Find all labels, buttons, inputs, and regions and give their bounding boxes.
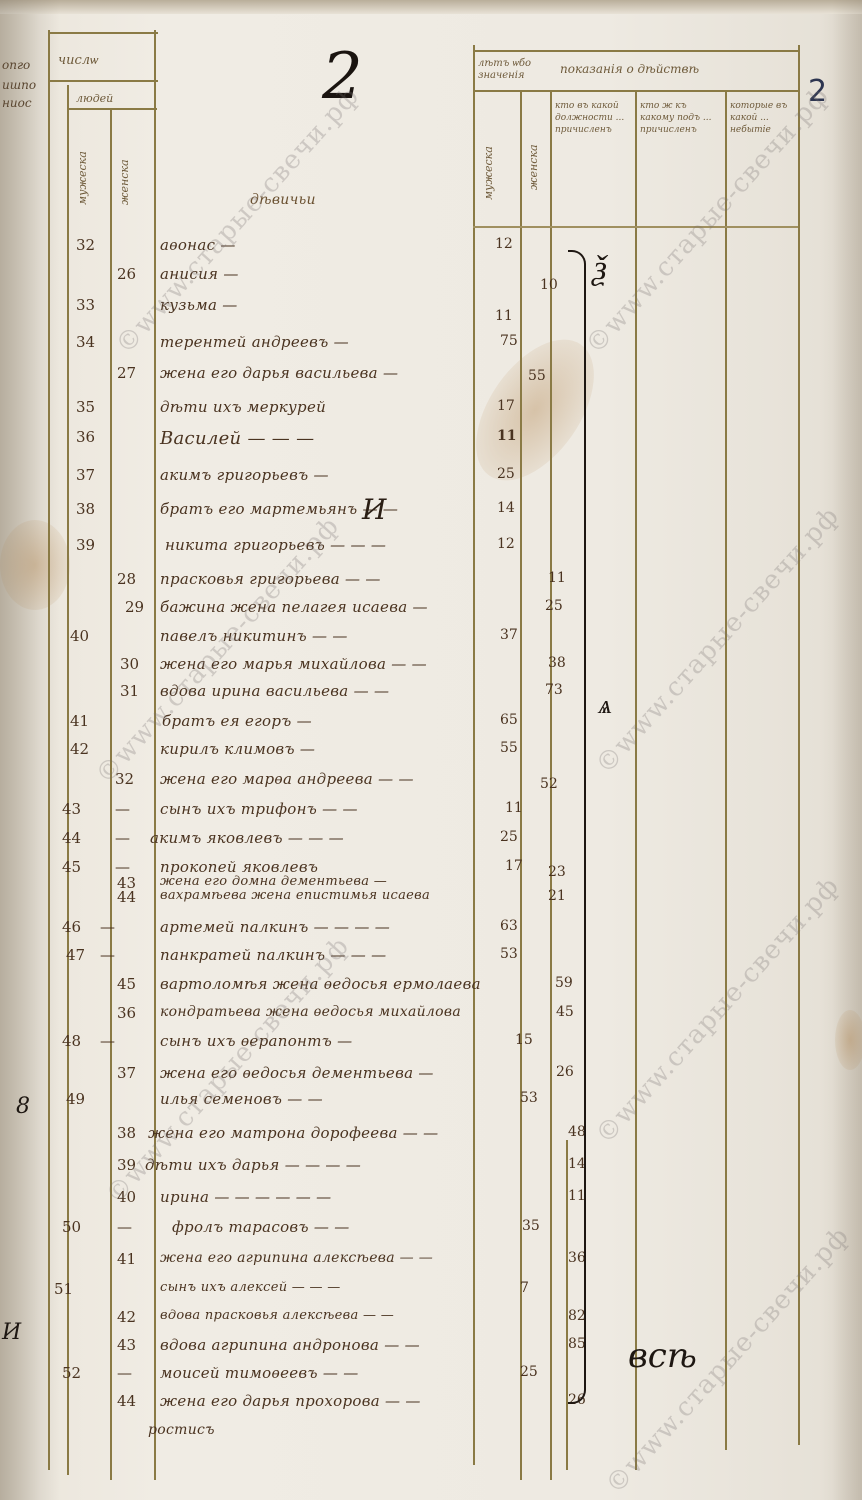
age-female: 10 (540, 277, 558, 293)
female-number: 38 (117, 1124, 136, 1142)
male-number: 39 (76, 536, 95, 554)
female-number: 36 (117, 1004, 136, 1022)
person-name: жена его дарья прохорова — — (160, 1392, 421, 1410)
age-male: 63 (500, 918, 518, 934)
age-male: 17 (497, 398, 515, 414)
person-name: кондратьева жена ѳедосья михайлова (160, 1004, 461, 1020)
age-female: 38 (548, 655, 566, 671)
male-number: 38 (76, 500, 95, 518)
bracket-line (568, 250, 586, 1404)
age-male: 25 (497, 466, 515, 482)
age-male: 53 (520, 1090, 538, 1106)
male-number: 35 (76, 398, 95, 416)
person-name: ирина — — — — — — (160, 1188, 331, 1206)
watermark: ©www.старые-свечи.рф (590, 501, 845, 780)
header-female: женска (118, 115, 131, 205)
male-number: 52 (62, 1364, 81, 1382)
age-male: 11 (495, 308, 513, 324)
male-number: 45 (62, 858, 81, 876)
column-rule (520, 90, 522, 1480)
person-name: дѣти ихъ дарья — — — — (145, 1156, 361, 1174)
person-name: сынъ ихъ трифонъ — — (160, 800, 358, 818)
male-number: 44 (62, 829, 81, 847)
manuscript-page: опго ишпо ниос числѡ людей мужеска женск… (0, 0, 862, 1500)
column-rule (67, 85, 69, 1475)
female-number: 44 (117, 888, 136, 906)
person-name: жена его дарья васильева — (160, 364, 398, 382)
header-remarks-col2: кто ж къ какому подъ ... причисленъ (640, 100, 722, 136)
age-female: 73 (545, 682, 563, 698)
age-female: 55 (528, 368, 546, 384)
bracket-mark-top: ѯ (592, 248, 605, 288)
female-number: 41 (117, 1250, 136, 1268)
person-name: терентей андреевъ — (160, 333, 349, 351)
person-name: никита григорьевъ — — — (165, 536, 386, 554)
header-age-female: женска (527, 100, 540, 190)
male-number: 46 (62, 918, 81, 936)
page-top-edge (0, 0, 862, 14)
margin-mark: И (2, 1320, 21, 1345)
page-right-edge (832, 0, 862, 1500)
margin-fragment: ишпо (2, 78, 36, 92)
person-name: бажина жена пелагея исаева — (160, 598, 428, 616)
age-male: 53 (500, 946, 518, 962)
person-name: жена его марѳа андреева — — (160, 770, 414, 788)
male-number: 37 (76, 466, 95, 484)
header-rule (473, 226, 798, 228)
male-number: 50 (62, 1218, 81, 1236)
female-number: 27 (117, 364, 136, 382)
age-male: 14 (497, 500, 515, 516)
age-male: 11 (497, 428, 516, 444)
female-number: — (115, 829, 130, 847)
person-name: братъ ея егоръ — (162, 712, 312, 730)
header-rule (48, 32, 158, 34)
person-name: акимъ яковлевъ — — — (150, 829, 344, 847)
person-name: вдова агрипина андронова — — (160, 1336, 420, 1354)
female-number: — (117, 1364, 132, 1382)
male-number: 41 (70, 712, 89, 730)
male-number: 34 (76, 333, 95, 351)
person-name: моисей тимоѳеевъ — — (160, 1364, 359, 1382)
male-number: 33 (76, 296, 95, 314)
age-male: 75 (500, 333, 518, 349)
age-male: 12 (497, 536, 515, 552)
age-male: 15 (515, 1032, 533, 1048)
bracket-total: всѣ (628, 1336, 697, 1376)
female-number: — (117, 1218, 132, 1236)
age-male: 35 (522, 1218, 540, 1234)
header-rule (473, 50, 798, 52)
header-remarks-col1: кто въ какой должности ... причисленъ (555, 100, 633, 136)
column-rule (473, 45, 475, 1465)
female-number: — (100, 918, 115, 936)
stain (835, 1010, 862, 1070)
watermark: ©www.старые-свечи.рф (110, 81, 365, 360)
female-number: 29 (125, 598, 144, 616)
female-number: 37 (117, 1064, 136, 1082)
male-number: 51 (54, 1280, 73, 1298)
person-name: фролъ тарасовъ — — (172, 1218, 350, 1236)
column-rule (154, 30, 156, 1480)
header-male: мужеска (76, 115, 89, 205)
female-number: 28 (117, 570, 136, 588)
footer-text: ростисъ (148, 1422, 215, 1438)
male-number: 42 (70, 740, 89, 758)
person-name: вахрамѣева жена епистимья исаева (160, 888, 430, 903)
age-male: 12 (495, 236, 513, 252)
person-name: жена его домна дементьева — (160, 874, 387, 889)
header-rule (67, 108, 157, 110)
person-name: кирилъ климовъ — (160, 740, 315, 758)
female-number: 26 (117, 265, 136, 283)
person-name: сынъ ихъ алексей — — — (160, 1280, 341, 1295)
header-remarks: показанія о дѣйствѣ (560, 62, 699, 76)
female-number: 42 (117, 1308, 136, 1326)
column-rule (725, 90, 727, 1450)
binding-shadow (0, 0, 60, 1500)
age-female: 23 (548, 864, 566, 880)
male-number: 36 (76, 428, 95, 446)
person-name: дѣти ихъ меркурей (160, 398, 326, 416)
person-name: акимъ григорьевъ — (160, 466, 329, 484)
age-female: 21 (548, 888, 566, 904)
age-male: 17 (505, 858, 523, 874)
age-male: 37 (500, 627, 518, 643)
female-number: 30 (120, 655, 139, 673)
male-number: 40 (70, 627, 89, 645)
age-male: 7 (520, 1280, 529, 1296)
female-number: — (115, 800, 130, 818)
header-rule (473, 90, 798, 92)
age-male: 25 (500, 829, 518, 845)
header-age: лѣтъ ѡбо значенія (478, 58, 548, 82)
male-number: 47 (66, 946, 85, 964)
female-number: 44 (117, 1392, 136, 1410)
header-age-male: мужеска (482, 100, 495, 200)
person-name: артемей палкинъ — — — — (160, 918, 390, 936)
person-name: вдова прасковья алексѣева — — (160, 1308, 394, 1323)
column-rule (48, 30, 50, 1470)
male-number: 48 (62, 1032, 81, 1050)
header-rule (48, 80, 158, 82)
person-name: Василей — — — (160, 428, 314, 449)
age-female: 25 (545, 598, 563, 614)
watermark: ©www.старые-свечи.рф (590, 871, 845, 1150)
column-rule (110, 110, 112, 1480)
male-number: 32 (76, 236, 95, 254)
bracket-mark-middle: ѧ (598, 690, 612, 720)
age-female: 11 (548, 570, 566, 586)
male-number: 43 (62, 800, 81, 818)
female-number: — (100, 1032, 115, 1050)
female-number: 43 (117, 1336, 136, 1354)
age-male: 65 (500, 712, 518, 728)
person-name: жена его агрипина алексѣева — — (160, 1250, 433, 1266)
header-people: людей (76, 92, 113, 105)
age-male: 55 (500, 740, 518, 756)
female-number: — (100, 946, 115, 964)
margin-fragment: ниос (2, 96, 32, 110)
female-number: 31 (120, 682, 139, 700)
female-number: 45 (117, 975, 136, 993)
correction-mark: И (362, 493, 386, 526)
margin-fragment: опго (2, 58, 30, 72)
age-male: 11 (505, 800, 523, 816)
column-rule (798, 45, 800, 1445)
male-number: 49 (66, 1090, 85, 1108)
age-female: 52 (540, 776, 558, 792)
stain (0, 520, 70, 610)
margin-mark: 8 (16, 1094, 30, 1119)
age-male: 25 (520, 1364, 538, 1380)
header-count: числѡ (58, 52, 98, 68)
